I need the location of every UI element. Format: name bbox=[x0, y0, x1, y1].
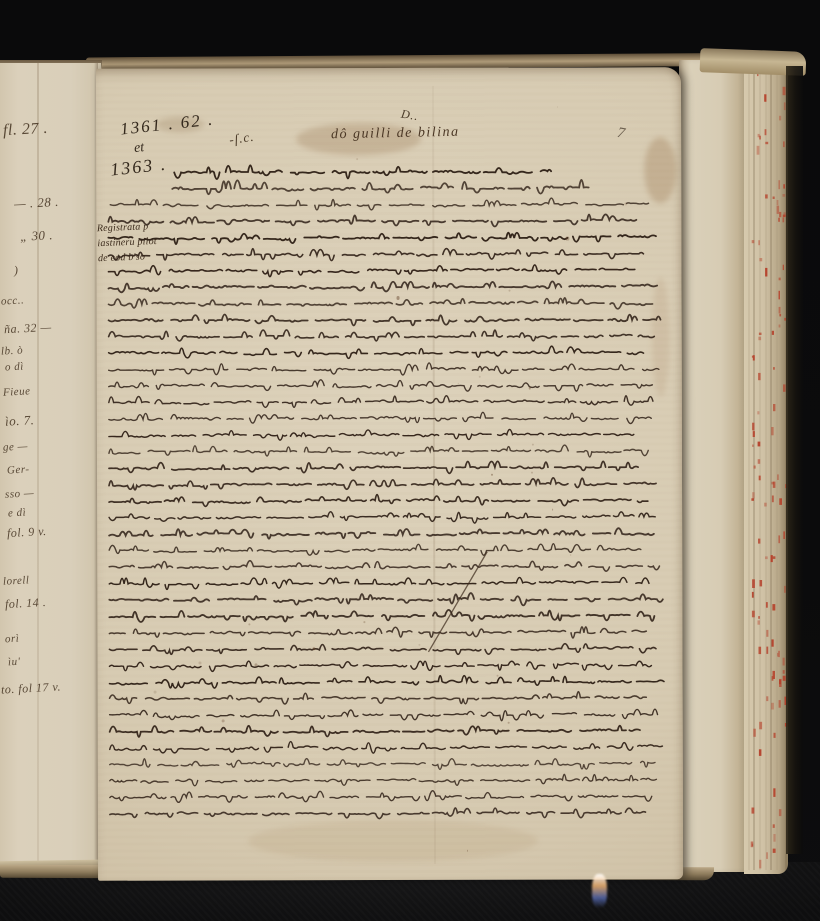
script-line bbox=[110, 198, 648, 211]
foxing-dot bbox=[221, 719, 224, 722]
script-line bbox=[108, 281, 657, 292]
red-speckle bbox=[783, 670, 785, 674]
year-note-line1: 1361 . 62 . bbox=[119, 110, 215, 140]
script-line bbox=[108, 264, 634, 277]
script-line bbox=[109, 429, 634, 440]
fore-edge-page-stack bbox=[744, 56, 788, 874]
foxing-dot bbox=[552, 509, 554, 511]
red-speckle bbox=[758, 620, 760, 624]
script-line bbox=[172, 179, 588, 194]
body-text-cursive bbox=[104, 157, 676, 830]
foxing-dot bbox=[248, 623, 250, 625]
red-speckle bbox=[777, 206, 780, 214]
red-speckle bbox=[758, 337, 761, 341]
red-speckle bbox=[778, 218, 780, 222]
script-line bbox=[109, 362, 659, 375]
edge-fragment: Ger- bbox=[7, 463, 30, 476]
script-line bbox=[110, 757, 655, 770]
script-line bbox=[109, 560, 659, 573]
red-speckle bbox=[758, 539, 760, 544]
red-speckle bbox=[773, 849, 776, 853]
red-speckle bbox=[758, 459, 761, 464]
script-line bbox=[109, 644, 656, 656]
red-speckle bbox=[766, 602, 768, 608]
edge-fragment: lorell bbox=[3, 574, 30, 587]
edge-fragment: e dì bbox=[8, 507, 27, 520]
red-speckle bbox=[773, 482, 776, 488]
red-speckle bbox=[779, 325, 781, 328]
foxing-dot bbox=[566, 237, 569, 240]
red-speckle bbox=[752, 423, 754, 431]
red-speckle bbox=[783, 141, 785, 147]
script-line bbox=[110, 774, 657, 786]
red-speckle bbox=[779, 116, 781, 121]
edge-fragment: lb. ò bbox=[1, 344, 24, 357]
foxing-dot bbox=[558, 106, 559, 107]
red-speckle bbox=[765, 129, 767, 135]
red-speckle bbox=[753, 431, 755, 437]
red-speckle bbox=[751, 498, 754, 501]
red-speckle bbox=[758, 373, 761, 380]
red-speckle bbox=[758, 442, 761, 447]
red-speckle bbox=[759, 333, 762, 335]
red-speckle bbox=[774, 733, 776, 738]
script-line bbox=[174, 164, 551, 179]
manuscript-folio: 1361 . 62 . et 1363 . -ſ.c. D.. dô guill… bbox=[96, 67, 683, 881]
cover-outer-sliver bbox=[786, 66, 803, 854]
foxing-dot bbox=[364, 621, 366, 623]
script-line bbox=[108, 248, 643, 262]
red-speckle bbox=[764, 94, 766, 101]
script-line bbox=[109, 528, 654, 539]
left-page-edge-stack: fl. 27 .— . 28 .„ 30 .)occ..ña. 32 —lb. … bbox=[0, 63, 101, 872]
edge-fragment: Fieue bbox=[3, 385, 31, 398]
script-line bbox=[109, 412, 651, 425]
edge-fragment: „ 30 . bbox=[20, 227, 54, 245]
red-speckle bbox=[783, 265, 784, 270]
script-line bbox=[109, 543, 641, 556]
red-speckle bbox=[759, 258, 762, 261]
edge-fragment: fl. 27 . bbox=[3, 120, 49, 140]
red-speckle bbox=[752, 579, 755, 588]
red-speckle bbox=[779, 498, 782, 505]
fc-mark: -ſ.c. bbox=[228, 129, 255, 148]
edge-fragment: ìo. 7. bbox=[5, 412, 35, 430]
red-speckle bbox=[773, 824, 775, 828]
red-speckle bbox=[778, 535, 780, 543]
edge-fragment: fol. 14 . bbox=[5, 595, 47, 612]
red-speckle bbox=[783, 658, 785, 666]
red-speckle bbox=[765, 142, 768, 144]
red-speckle bbox=[772, 604, 775, 610]
edge-fragment: o dì bbox=[5, 361, 24, 374]
script-line bbox=[109, 346, 644, 359]
script-line bbox=[110, 807, 646, 819]
red-speckle bbox=[752, 445, 753, 447]
red-speckle bbox=[753, 729, 756, 737]
script-line bbox=[109, 511, 655, 524]
red-speckle bbox=[772, 639, 774, 646]
red-speckle bbox=[759, 647, 762, 654]
script-line bbox=[109, 379, 653, 392]
rubric-title: dô guilli de bilina bbox=[331, 125, 460, 144]
script-line bbox=[110, 725, 640, 737]
red-speckle bbox=[783, 531, 785, 539]
script-line bbox=[109, 445, 648, 459]
red-speckle bbox=[758, 616, 760, 619]
red-speckle bbox=[758, 240, 760, 245]
script-line bbox=[108, 232, 656, 244]
edge-fragment: fol. 9 v. bbox=[7, 524, 47, 541]
foxing-dot bbox=[507, 722, 509, 724]
red-speckle bbox=[752, 611, 755, 618]
script-line bbox=[109, 298, 653, 311]
script-line bbox=[110, 691, 647, 704]
script-line bbox=[109, 577, 649, 590]
red-speckle bbox=[779, 212, 781, 217]
foxing-dot bbox=[356, 158, 358, 160]
edge-fragment: ña. 32 — bbox=[4, 320, 52, 337]
red-speckle bbox=[771, 703, 774, 710]
red-speckle bbox=[759, 749, 762, 756]
red-speckle bbox=[766, 696, 768, 701]
red-speckle bbox=[779, 291, 781, 300]
red-speckle bbox=[765, 194, 768, 198]
red-speckle bbox=[773, 556, 776, 559]
red-speckle bbox=[771, 427, 773, 435]
script-line bbox=[109, 660, 651, 672]
red-speckle bbox=[766, 647, 768, 654]
red-speckle bbox=[779, 679, 782, 687]
red-speckle bbox=[757, 411, 759, 414]
script-line bbox=[109, 478, 656, 490]
red-speckle bbox=[773, 197, 775, 200]
red-speckle bbox=[752, 492, 754, 498]
red-speckle bbox=[752, 240, 755, 243]
red-speckle bbox=[779, 700, 781, 708]
red-speckle bbox=[773, 834, 775, 842]
foxing-dot bbox=[154, 690, 157, 693]
red-speckle bbox=[772, 331, 774, 335]
red-speckle bbox=[764, 503, 767, 507]
red-speckle bbox=[757, 146, 760, 155]
red-speckle bbox=[758, 134, 760, 137]
script-line bbox=[108, 214, 636, 227]
red-speckle bbox=[752, 844, 753, 847]
foxing-dot bbox=[624, 202, 627, 205]
script-line bbox=[109, 609, 654, 622]
fore-edge-speckles bbox=[744, 56, 788, 874]
script-line bbox=[110, 675, 664, 688]
red-speckle bbox=[779, 278, 781, 281]
foxing-dot bbox=[491, 474, 493, 476]
foxing-dot bbox=[467, 850, 468, 851]
edge-fragment: orì bbox=[5, 633, 20, 646]
edge-fragment: ) bbox=[14, 263, 19, 278]
red-speckle bbox=[779, 809, 782, 816]
script-line bbox=[109, 313, 661, 326]
script-line bbox=[110, 741, 663, 754]
red-speckle bbox=[765, 268, 767, 277]
red-speckle bbox=[773, 367, 775, 370]
light-reflection bbox=[592, 874, 607, 908]
script-line bbox=[109, 329, 655, 342]
red-speckle bbox=[778, 180, 780, 189]
script-line bbox=[109, 593, 663, 607]
red-speckle bbox=[779, 314, 781, 317]
red-speckle bbox=[766, 630, 768, 637]
foxing-dot bbox=[255, 664, 258, 667]
red-speckle bbox=[777, 474, 778, 480]
red-speckle bbox=[765, 556, 768, 559]
quire-mark: D.. bbox=[400, 107, 420, 125]
facing-blank-leaf bbox=[679, 60, 746, 872]
red-speckle bbox=[752, 356, 753, 358]
red-speckle bbox=[783, 217, 785, 222]
edge-fragment: — . 28 . bbox=[14, 194, 60, 212]
red-speckle bbox=[752, 592, 754, 598]
corner-mark: 7 bbox=[616, 125, 626, 143]
red-speckle bbox=[778, 651, 780, 657]
year-note-et: et bbox=[133, 140, 145, 157]
script-line bbox=[109, 494, 648, 507]
edge-fragment: ge — bbox=[3, 440, 29, 453]
red-speckle bbox=[772, 496, 774, 503]
red-speckle bbox=[752, 808, 755, 814]
foxing-dot bbox=[528, 387, 530, 389]
script-line bbox=[109, 395, 653, 408]
script-line bbox=[110, 709, 658, 722]
red-speckle bbox=[779, 307, 781, 314]
red-speckle bbox=[771, 555, 773, 562]
red-speckle bbox=[772, 676, 774, 681]
photograph-of-manuscript: fl. 27 .— . 28 .„ 30 .)occ..ña. 32 —lb. … bbox=[0, 0, 820, 921]
red-speckle bbox=[759, 722, 762, 730]
red-speckle bbox=[783, 184, 785, 188]
script-line bbox=[110, 790, 652, 802]
edge-fragment: ìu' bbox=[8, 656, 21, 669]
red-speckle bbox=[754, 466, 756, 469]
foxing-dot bbox=[531, 471, 533, 473]
edge-fragment: sso — bbox=[5, 487, 35, 501]
red-speckle bbox=[759, 860, 761, 869]
red-speckle bbox=[759, 476, 761, 481]
edge-fragment: to. fol 17 v. bbox=[1, 679, 62, 697]
red-speckle bbox=[773, 788, 775, 797]
script-line bbox=[109, 627, 646, 640]
red-speckle bbox=[760, 580, 763, 586]
foxing-dot bbox=[198, 662, 201, 665]
red-speckle bbox=[766, 852, 768, 859]
red-speckle bbox=[777, 200, 779, 205]
edge-fragment: occ.. bbox=[1, 294, 25, 307]
red-speckle bbox=[773, 404, 775, 411]
red-speckle bbox=[783, 194, 786, 197]
script-line bbox=[109, 461, 638, 474]
